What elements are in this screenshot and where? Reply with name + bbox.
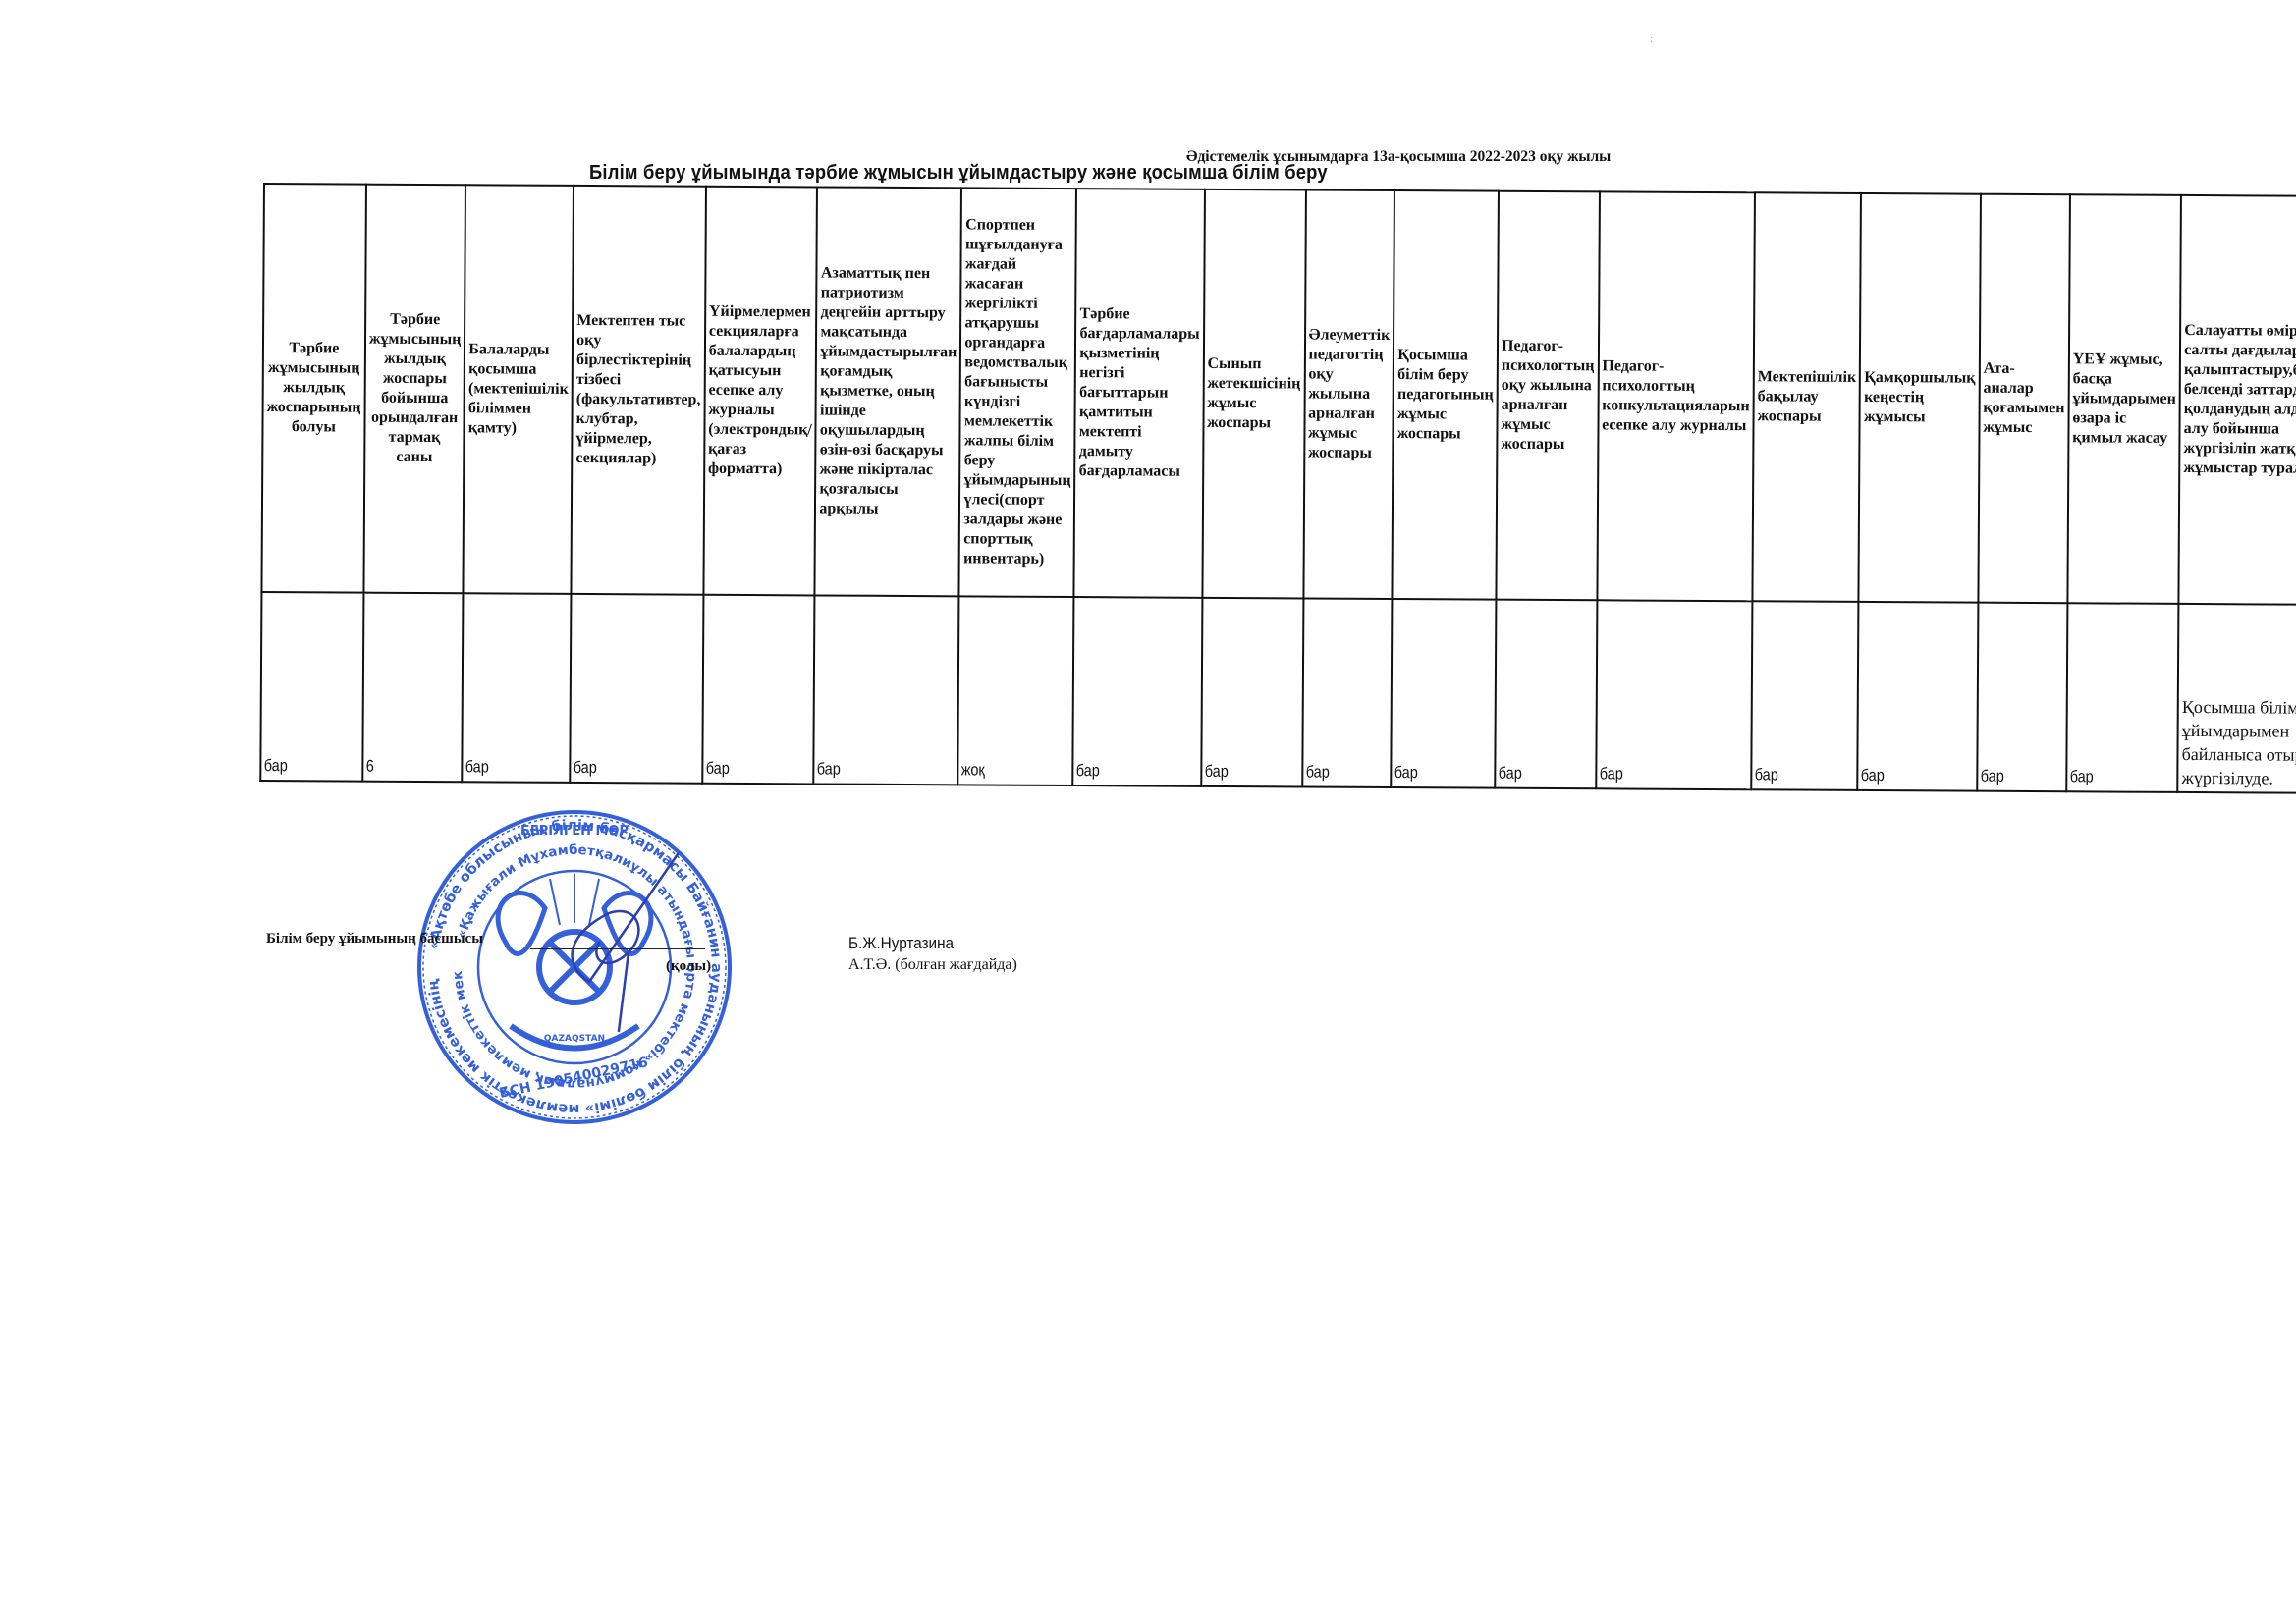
- column-header: Қамқоршылық кеңестің жұмысы: [1859, 193, 1981, 603]
- column-header: Тәрбие жұмысының жылдық жоспары бойынша …: [363, 185, 465, 594]
- table-cell: бар: [2066, 603, 2161, 792]
- column-header: Балаларды қосымша (мектепішілік біліммен…: [464, 185, 574, 594]
- column-header: Педагог-психологтың оқу жылына арналған …: [1496, 191, 1599, 601]
- column-header: Әлеуметтік педагогтің оқу жылына арналға…: [1303, 189, 1394, 599]
- report-table: Тәрбие жұмысының жылдық жоспарының болуы…: [259, 183, 2296, 794]
- table-cell: бар: [1977, 603, 2054, 791]
- signature-line: [530, 948, 705, 949]
- column-header: Мектептен тыс оқу бірлестіктерінің тізбе…: [572, 186, 706, 595]
- table-cell: бар: [1751, 601, 1842, 790]
- column-header: ҮЕҰ жұмыс, басқа ұйымдарымен өзара іс қи…: [2067, 194, 2181, 604]
- head-name: Б.Ж.Нуртазина: [848, 934, 954, 953]
- table-cell: бар: [1858, 602, 1960, 791]
- column-header: Тәрбие жұмысының жылдық жоспарының болуы: [261, 184, 365, 593]
- signature-hint: (қолы): [666, 958, 711, 975]
- table-cell: бар: [1392, 599, 1481, 788]
- header-row: Тәрбие жұмысының жылдық жоспарының болуы…: [261, 184, 2296, 605]
- table-cell: бар: [1596, 600, 1729, 789]
- table-cell: бар: [260, 592, 348, 782]
- column-header: Үйірмелермен секцияларға балалардың қаты…: [703, 187, 817, 596]
- column-header: Салауатты өмір салты дағдыларын қалыптас…: [2179, 195, 2296, 605]
- column-header: Педагог-психологтың конкультацияларын ес…: [1597, 191, 1755, 601]
- table-cell: бар: [463, 593, 555, 783]
- column-header: Сынып жетекшісінің жұмыс жоспары: [1202, 189, 1306, 599]
- table-cell-note: Қосымша білім беру ұйымдарымен байланыса…: [2177, 604, 2296, 793]
- column-header: Спортпен шұғылдануға жағдай жасаған жерг…: [959, 188, 1077, 597]
- table-cell: бар: [702, 595, 798, 785]
- table-cell: жоқ: [958, 596, 1058, 785]
- column-header: Азаматтық пен патриотизм деңгейін арттыр…: [815, 187, 962, 596]
- table-cell: бар: [814, 595, 938, 785]
- document-title: Білім беру ұйымында тәрбие жұмысын ұйымд…: [589, 162, 1328, 185]
- table-cell: бар: [1302, 598, 1379, 786]
- table-row: бар 6 бар бар бар бар жоқ бар бар бар ба…: [260, 592, 2296, 793]
- table-cell: бар: [1201, 598, 1288, 787]
- head-of-organization-label: Білім беру ұйымының басшысы: [266, 931, 483, 947]
- signature-icon: [530, 844, 687, 1041]
- column-header: Мектепішілік бақылау жоспары: [1752, 192, 1861, 602]
- scan-artifact: :: [1650, 35, 1653, 49]
- column-header: Қосымша білім беру педагогының жұмыс жос…: [1393, 190, 1499, 600]
- stamp-top-label: БЕРІЛГЕН МӨР: [520, 824, 629, 839]
- table-cell: бар: [1073, 597, 1183, 786]
- table-cell: бар: [570, 594, 683, 784]
- column-header: Тәрбие бағдарламалары қызметінің негізгі…: [1074, 189, 1205, 598]
- table-cell: бар: [1495, 600, 1581, 789]
- table-cell: 6: [362, 593, 448, 783]
- name-hint: А.Т.Ә. (болған жағдайда): [848, 956, 1017, 974]
- column-header: Ата-аналар қоғамымен жұмыс: [1978, 194, 2070, 604]
